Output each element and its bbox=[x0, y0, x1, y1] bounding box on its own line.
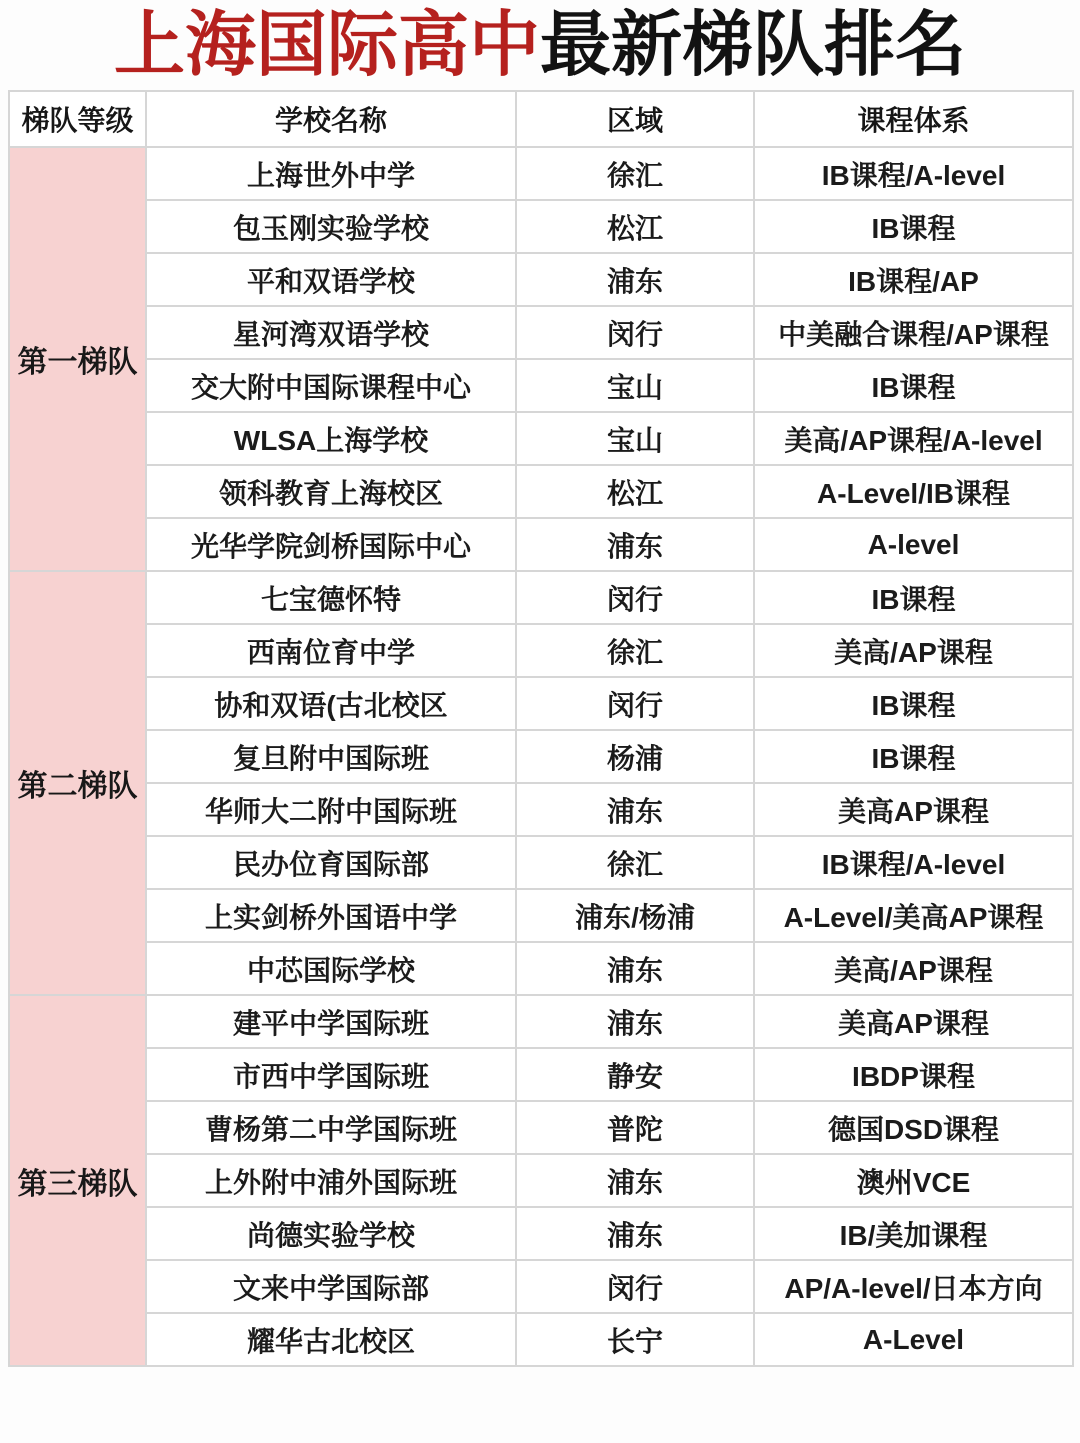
table-row: 协和双语(古北校区闵行IB课程 bbox=[9, 677, 1073, 730]
curriculum-cell: A-Level/美高AP课程 bbox=[754, 889, 1073, 942]
table-row: 民办位育国际部徐汇IB课程/A-level bbox=[9, 836, 1073, 889]
curriculum-cell: IB课程/AP bbox=[754, 253, 1073, 306]
school-name-cell: 华师大二附中国际班 bbox=[146, 783, 516, 836]
school-name-cell: 上外附中浦外国际班 bbox=[146, 1154, 516, 1207]
table-row: 市西中学国际班静安IBDP课程 bbox=[9, 1048, 1073, 1101]
table-row: 包玉刚实验学校松江IB课程 bbox=[9, 200, 1073, 253]
district-cell: 浦东 bbox=[516, 518, 754, 571]
school-name-cell: 光华学院剑桥国际中心 bbox=[146, 518, 516, 571]
curriculum-cell: 德国DSD课程 bbox=[754, 1101, 1073, 1154]
header-curriculum: 课程体系 bbox=[754, 91, 1073, 147]
school-name-cell: WLSA上海学校 bbox=[146, 412, 516, 465]
school-name-cell: 民办位育国际部 bbox=[146, 836, 516, 889]
school-name-cell: 包玉刚实验学校 bbox=[146, 200, 516, 253]
district-cell: 浦东 bbox=[516, 253, 754, 306]
district-cell: 浦东 bbox=[516, 942, 754, 995]
district-cell: 闵行 bbox=[516, 1260, 754, 1313]
curriculum-cell: 中美融合课程/AP课程 bbox=[754, 306, 1073, 359]
district-cell: 闵行 bbox=[516, 306, 754, 359]
curriculum-cell: 澳州VCE bbox=[754, 1154, 1073, 1207]
curriculum-cell: IB课程 bbox=[754, 730, 1073, 783]
district-cell: 徐汇 bbox=[516, 836, 754, 889]
curriculum-cell: IB课程 bbox=[754, 571, 1073, 624]
page-title-rest: 最新梯队排名 bbox=[540, 10, 966, 81]
table-row: 耀华古北校区长宁A-Level bbox=[9, 1313, 1073, 1366]
district-cell: 浦东 bbox=[516, 783, 754, 836]
table-row: 上实剑桥外国语中学浦东/杨浦A-Level/美高AP课程 bbox=[9, 889, 1073, 942]
curriculum-cell: 美高/AP课程/A-level bbox=[754, 412, 1073, 465]
curriculum-cell: IB课程/A-level bbox=[754, 147, 1073, 200]
curriculum-cell: 美高/AP课程 bbox=[754, 942, 1073, 995]
district-cell: 普陀 bbox=[516, 1101, 754, 1154]
school-name-cell: 西南位育中学 bbox=[146, 624, 516, 677]
school-name-cell: 文来中学国际部 bbox=[146, 1260, 516, 1313]
district-cell: 长宁 bbox=[516, 1313, 754, 1366]
curriculum-cell: IB/美加课程 bbox=[754, 1207, 1073, 1260]
school-name-cell: 领科教育上海校区 bbox=[146, 465, 516, 518]
table-row: 领科教育上海校区松江A-Level/IB课程 bbox=[9, 465, 1073, 518]
school-name-cell: 尚德实验学校 bbox=[146, 1207, 516, 1260]
school-name-cell: 上实剑桥外国语中学 bbox=[146, 889, 516, 942]
table-row: 第一梯队上海世外中学徐汇IB课程/A-level bbox=[9, 147, 1073, 200]
curriculum-cell: IB课程/A-level bbox=[754, 836, 1073, 889]
district-cell: 松江 bbox=[516, 200, 754, 253]
table-row: 星河湾双语学校闵行中美融合课程/AP课程 bbox=[9, 306, 1073, 359]
school-name-cell: 平和双语学校 bbox=[146, 253, 516, 306]
district-cell: 静安 bbox=[516, 1048, 754, 1101]
table-row: 尚德实验学校浦东IB/美加课程 bbox=[9, 1207, 1073, 1260]
table-row: 第三梯队建平中学国际班浦东美高AP课程 bbox=[9, 995, 1073, 1048]
district-cell: 徐汇 bbox=[516, 147, 754, 200]
curriculum-cell: IB课程 bbox=[754, 677, 1073, 730]
school-name-cell: 市西中学国际班 bbox=[146, 1048, 516, 1101]
table-row: 复旦附中国际班杨浦IB课程 bbox=[9, 730, 1073, 783]
district-cell: 浦东/杨浦 bbox=[516, 889, 754, 942]
tier-label: 第三梯队 bbox=[9, 995, 146, 1366]
district-cell: 闵行 bbox=[516, 677, 754, 730]
school-name-cell: 协和双语(古北校区 bbox=[146, 677, 516, 730]
school-name-cell: 耀华古北校区 bbox=[146, 1313, 516, 1366]
curriculum-cell: 美高AP课程 bbox=[754, 783, 1073, 836]
table-row: WLSA上海学校宝山美高/AP课程/A-level bbox=[9, 412, 1073, 465]
curriculum-cell: 美高/AP课程 bbox=[754, 624, 1073, 677]
tier-label: 第一梯队 bbox=[9, 147, 146, 571]
school-name-cell: 星河湾双语学校 bbox=[146, 306, 516, 359]
district-cell: 浦东 bbox=[516, 995, 754, 1048]
district-cell: 宝山 bbox=[516, 412, 754, 465]
school-name-cell: 上海世外中学 bbox=[146, 147, 516, 200]
header-school-name: 学校名称 bbox=[146, 91, 516, 147]
table-row: 西南位育中学徐汇美高/AP课程 bbox=[9, 624, 1073, 677]
school-name-cell: 复旦附中国际班 bbox=[146, 730, 516, 783]
curriculum-cell: A-level bbox=[754, 518, 1073, 571]
district-cell: 徐汇 bbox=[516, 624, 754, 677]
table-row: 中芯国际学校浦东美高/AP课程 bbox=[9, 942, 1073, 995]
school-name-cell: 建平中学国际班 bbox=[146, 995, 516, 1048]
curriculum-cell: IB课程 bbox=[754, 200, 1073, 253]
school-name-cell: 曹杨第二中学国际班 bbox=[146, 1101, 516, 1154]
district-cell: 杨浦 bbox=[516, 730, 754, 783]
school-name-cell: 交大附中国际课程中心 bbox=[146, 359, 516, 412]
table-row: 文来中学国际部闵行AP/A-level/日本方向 bbox=[9, 1260, 1073, 1313]
curriculum-cell: A-Level bbox=[754, 1313, 1073, 1366]
district-cell: 浦东 bbox=[516, 1154, 754, 1207]
curriculum-cell: 美高AP课程 bbox=[754, 995, 1073, 1048]
curriculum-cell: IB课程 bbox=[754, 359, 1073, 412]
curriculum-cell: AP/A-level/日本方向 bbox=[754, 1260, 1073, 1313]
table-body: 第一梯队上海世外中学徐汇IB课程/A-level包玉刚实验学校松江IB课程平和双… bbox=[9, 147, 1073, 1366]
curriculum-cell: IBDP课程 bbox=[754, 1048, 1073, 1101]
tier-label: 第二梯队 bbox=[9, 571, 146, 995]
table-row: 平和双语学校浦东IB课程/AP bbox=[9, 253, 1073, 306]
table-row: 华师大二附中国际班浦东美高AP课程 bbox=[9, 783, 1073, 836]
school-name-cell: 中芯国际学校 bbox=[146, 942, 516, 995]
table-header-row: 梯队等级 学校名称 区域 课程体系 bbox=[9, 91, 1073, 147]
header-district: 区域 bbox=[516, 91, 754, 147]
district-cell: 松江 bbox=[516, 465, 754, 518]
table-row: 上外附中浦外国际班浦东澳州VCE bbox=[9, 1154, 1073, 1207]
ranking-table: 梯队等级 学校名称 区域 课程体系 第一梯队上海世外中学徐汇IB课程/A-lev… bbox=[8, 90, 1074, 1367]
table-row: 曹杨第二中学国际班普陀德国DSD课程 bbox=[9, 1101, 1073, 1154]
district-cell: 闵行 bbox=[516, 571, 754, 624]
table-row: 第二梯队七宝德怀特闵行IB课程 bbox=[9, 571, 1073, 624]
page-title-highlight: 上海国际高中 bbox=[114, 10, 540, 81]
page-title: 上海国际高中最新梯队排名 bbox=[0, 0, 1080, 90]
curriculum-cell: A-Level/IB课程 bbox=[754, 465, 1073, 518]
school-name-cell: 七宝德怀特 bbox=[146, 571, 516, 624]
table-row: 交大附中国际课程中心宝山IB课程 bbox=[9, 359, 1073, 412]
table-row: 光华学院剑桥国际中心浦东A-level bbox=[9, 518, 1073, 571]
district-cell: 宝山 bbox=[516, 359, 754, 412]
header-tier-level: 梯队等级 bbox=[9, 91, 146, 147]
district-cell: 浦东 bbox=[516, 1207, 754, 1260]
